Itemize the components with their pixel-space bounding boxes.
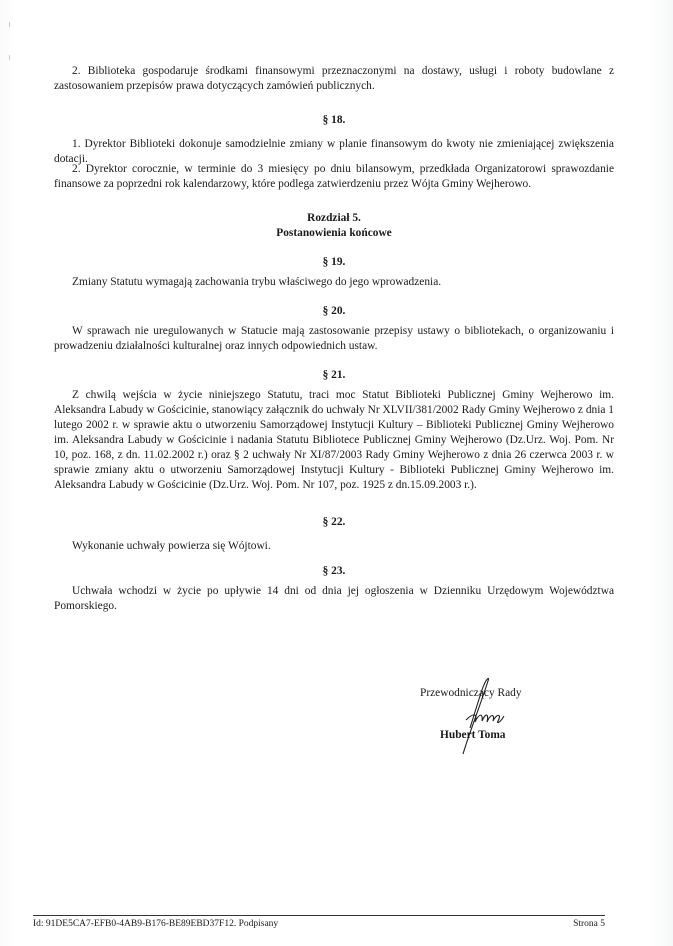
scan-artifact [9,55,10,60]
paragraph-17-2: 2. Biblioteka gospodaruje środkami finan… [54,64,614,94]
paragraph-22-1: Wykonanie uchwały powierza się Wójtowi. [54,539,614,554]
paragraph-20-1: W sprawach nie uregulowanych w Statucie … [54,324,614,354]
section-heading-23: § 23. [54,564,614,579]
section-heading-20: § 20. [54,304,614,319]
paragraph-19-1: Zmiany Statutu wymagają zachowania trybu… [54,275,614,290]
signature-name: Hubert Toma [440,728,506,743]
scan-artifact [9,22,10,27]
section-heading-21: § 21. [54,368,614,383]
paragraph-23-1: Uchwała wchodzi w życie po upływie 14 dn… [54,584,614,614]
footer-divider [33,915,605,916]
chapter-title: Rozdział 5. [54,211,614,226]
footer-page-number: Strona 5 [573,918,605,930]
paragraph-21-1: Z chwilą wejścia w życie niniejszego Sta… [54,388,614,493]
signature-role: Przewodniczący Rady [420,686,522,701]
chapter-subtitle: Postanowienia końcowe [54,226,614,241]
section-heading-19: § 19. [54,255,614,270]
document-page: 2. Biblioteka gospodaruje środkami finan… [0,0,673,946]
footer-document-id: Id: 91DE5CA7-EFB0-4AB9-B176-BE89EBD37F12… [33,918,278,930]
paragraph-18-2: 2. Dyrektor corocznie, w terminie do 3 m… [54,162,614,192]
section-heading-18: § 18. [54,113,614,128]
section-heading-22: § 22. [54,515,614,530]
